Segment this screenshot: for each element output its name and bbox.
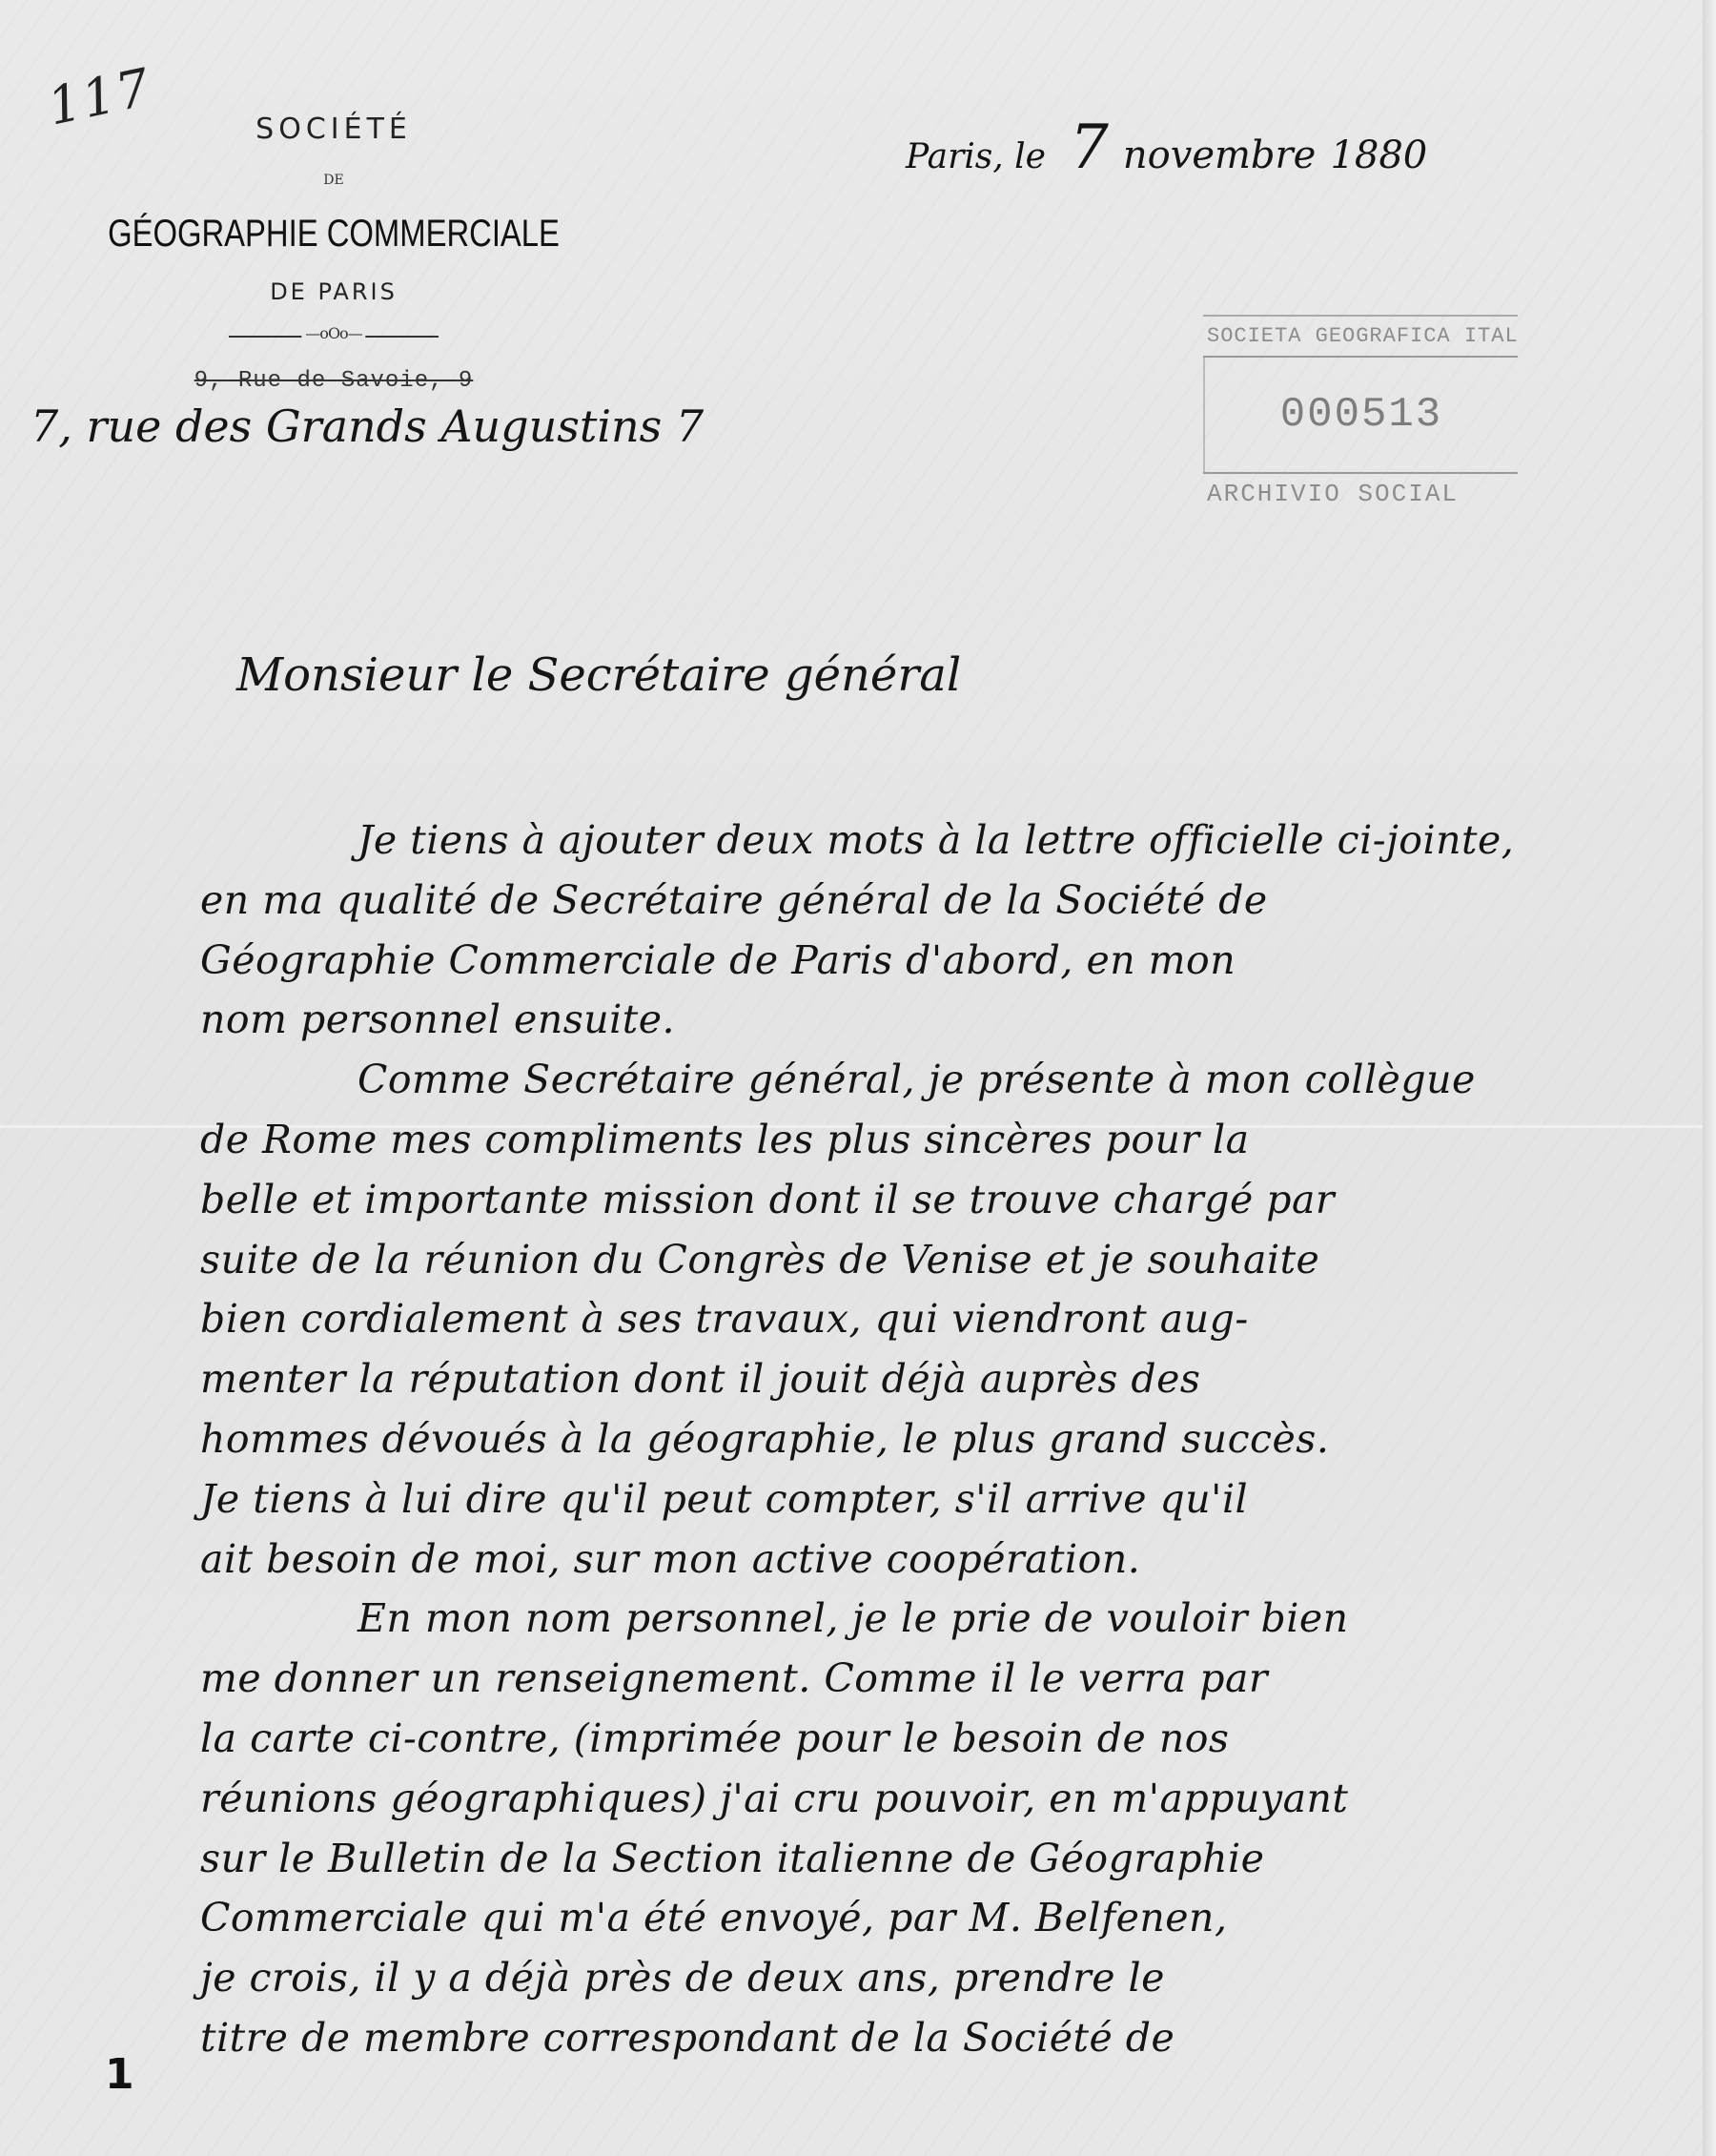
body-line: Commerciale qui m'a été envoyé, par M. B… bbox=[200, 1888, 1687, 1948]
handwritten-new-address: 7, rue des Grands Augustins 7 bbox=[31, 400, 704, 452]
body-line: de Rome mes compliments les plus sincère… bbox=[200, 1110, 1687, 1170]
body-line: la carte ci-contre, (imprimée pour le be… bbox=[200, 1709, 1687, 1769]
body-line: ait besoin de moi, sur mon active coopér… bbox=[200, 1530, 1687, 1590]
letterhead-societe: SOCIÉTÉ bbox=[57, 113, 610, 146]
letterhead-geographie-commerciale: GÉOGRAPHIE COMMERCIALE bbox=[107, 213, 561, 256]
body-line: En mon nom personnel, je le prie de voul… bbox=[200, 1589, 1687, 1649]
body-line: Comme Secrétaire général, je présente à … bbox=[200, 1050, 1687, 1110]
archive-stamp: SOCIETA GEOGRAFICA ITALI 000513 ARCHIVIO… bbox=[1203, 315, 1518, 514]
date-year: 1880 bbox=[1330, 133, 1427, 177]
ornament-icon: —oOo— bbox=[301, 324, 365, 342]
body-line: réunions géographiques) j'ai cru pouvoir… bbox=[200, 1769, 1687, 1829]
salutation: Monsieur le Secrétaire général bbox=[236, 648, 961, 702]
date-printed-prefix: Paris, le bbox=[906, 137, 1046, 176]
date-day: 7 bbox=[1070, 113, 1109, 183]
paper-edge bbox=[1703, 0, 1716, 2156]
stamp-number: 000513 bbox=[1203, 358, 1518, 472]
body-line: bien cordialement à ses travaux, qui vie… bbox=[200, 1289, 1687, 1349]
page-number: 1 bbox=[105, 2050, 134, 2099]
stamp-society-name: SOCIETA GEOGRAFICA ITALI bbox=[1203, 315, 1518, 358]
date-line: Paris, le 7 novembre 1880 bbox=[906, 113, 1427, 183]
body-line: titre de membre correspondant de la Soci… bbox=[200, 2008, 1687, 2068]
body-line: suite de la réunion du Congrès de Venise… bbox=[200, 1230, 1687, 1290]
letterhead-de: DE bbox=[57, 173, 610, 188]
body-line: Géographie Commerciale de Paris d'abord,… bbox=[200, 931, 1687, 991]
body-line: hommes dévoués à la géographie, le plus … bbox=[200, 1409, 1687, 1469]
body-line: Je tiens à lui dire qu'il peut compter, … bbox=[200, 1469, 1687, 1530]
body-line: nom personnel ensuite. bbox=[200, 990, 1687, 1050]
body-line: Je tiens à ajouter deux mots à la lettre… bbox=[200, 811, 1687, 871]
letter-body: Je tiens à ajouter deux mots à la lettre… bbox=[200, 811, 1687, 2068]
stamp-archive-label: ARCHIVIO SOCIAL bbox=[1203, 472, 1518, 514]
body-line: menter la réputation dont il jouit déjà … bbox=[200, 1349, 1687, 1409]
letter-page: 117 SOCIÉTÉ DE GÉOGRAPHIE COMMERCIALE DE… bbox=[0, 0, 1716, 2156]
letterhead: SOCIÉTÉ DE GÉOGRAPHIE COMMERCIALE DE PAR… bbox=[57, 113, 610, 394]
body-line: sur le Bulletin de la Section italienne … bbox=[200, 1829, 1687, 1889]
body-line: belle et importante mission dont il se t… bbox=[200, 1170, 1687, 1230]
letterhead-de-paris: DE PARIS bbox=[57, 278, 610, 305]
date-month: novembre bbox=[1123, 133, 1316, 177]
body-line: me donner un renseignement. Comme il le … bbox=[200, 1649, 1687, 1709]
body-line: en ma qualité de Secrétaire général de l… bbox=[200, 871, 1687, 931]
body-line: je crois, il y a déjà près de deux ans, … bbox=[200, 1948, 1687, 2008]
struck-old-address: 9, Rue de Savoie, 9 bbox=[57, 368, 610, 394]
ornament-divider: —oOo— bbox=[229, 330, 439, 343]
